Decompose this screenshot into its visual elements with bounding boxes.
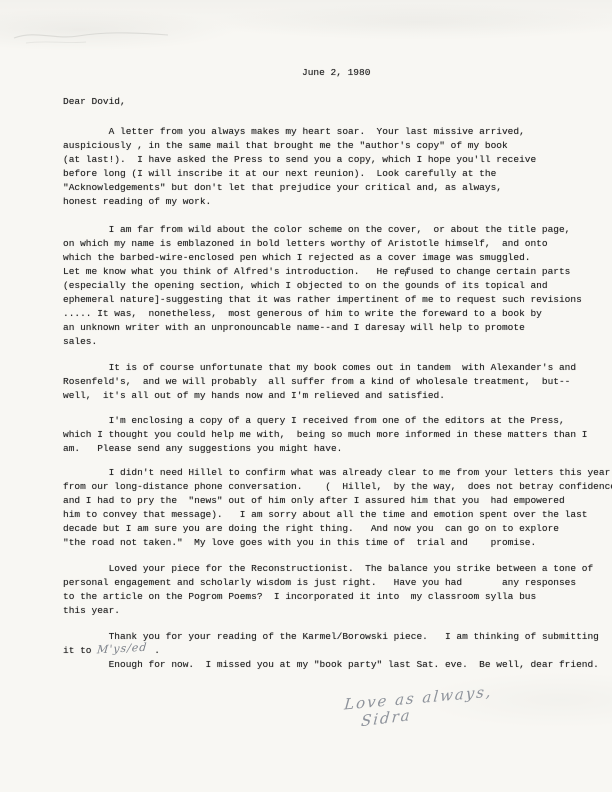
handwritten-journal-name: M'ys/ed	[96, 641, 147, 657]
letter-salutation: Dear Dovid,	[63, 95, 126, 109]
letter-date: June 2, 1980	[302, 66, 370, 80]
letter-paragraph-6: Loved your piece for the Reconstructioni…	[63, 562, 593, 618]
letter-page: June 2, 1980 Dear Dovid, A letter from y…	[0, 0, 612, 792]
scan-smudge-mark	[8, 16, 178, 50]
letter-paragraph-5: I didn't need Hillel to confirm what was…	[63, 466, 612, 550]
handwritten-closing: Love as always,	[343, 682, 493, 713]
letter-paragraph-3: It is of course unfortunate that my book…	[63, 361, 576, 403]
handwritten-insertion-r: r	[403, 269, 408, 279]
letter-paragraph-2: I am far from wild about the color schem…	[63, 223, 582, 349]
letter-paragraph-1: A letter from you always makes my heart …	[63, 125, 536, 209]
letter-paragraph-4: I'm enclosing a copy of a query I receiv…	[63, 414, 588, 456]
